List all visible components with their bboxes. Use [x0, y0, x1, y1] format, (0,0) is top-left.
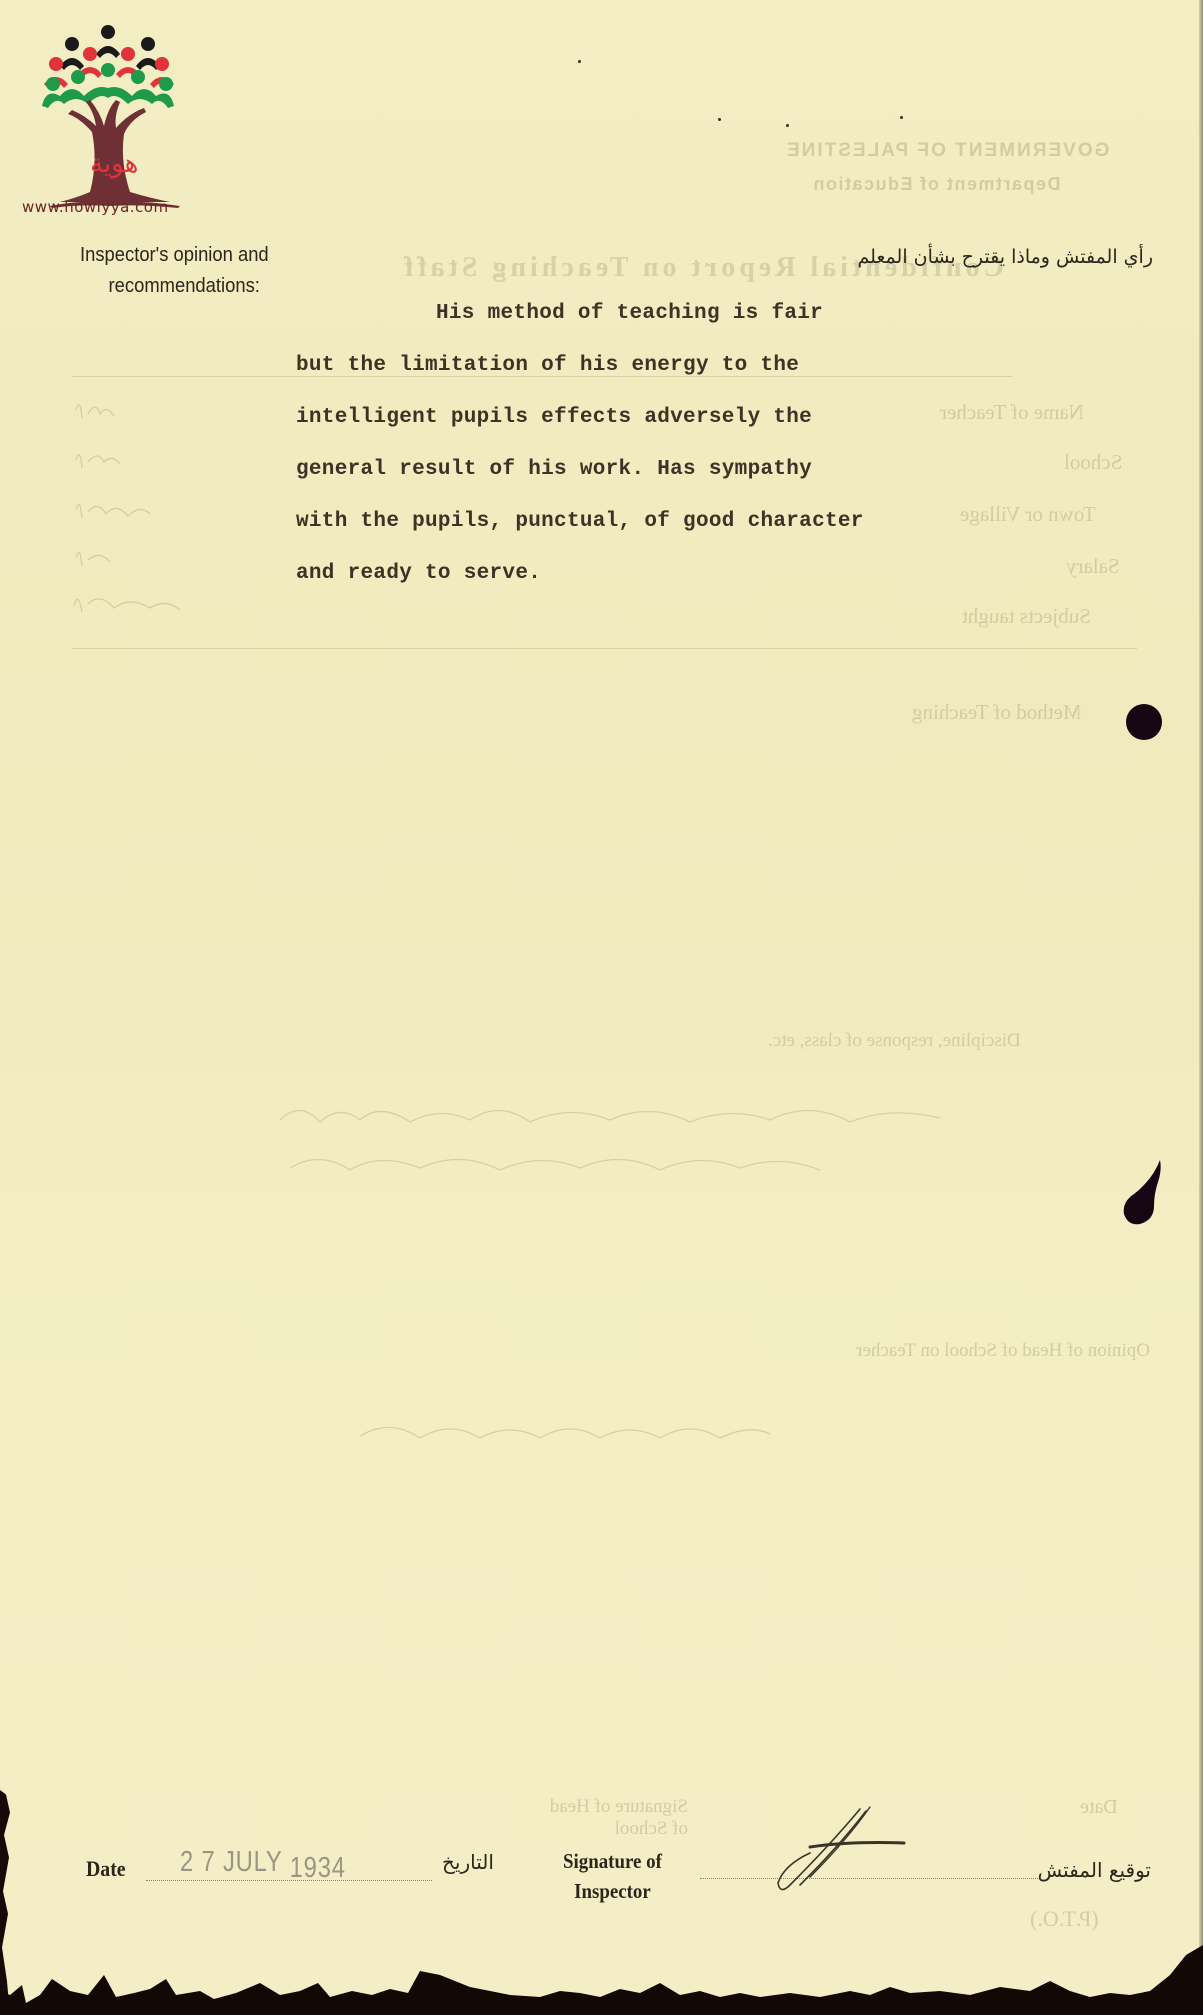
- label-line-2: recommendations:: [80, 271, 269, 302]
- speck: [786, 124, 789, 127]
- bleed-field-subjects: Subjects taught: [962, 604, 1091, 629]
- howiyya-tree-logo-icon: هوية: [20, 22, 210, 222]
- date-stamp: 2 7 JULY 1934: [180, 1846, 346, 1879]
- typed-line: His method of teaching is fair: [296, 288, 864, 340]
- typed-line: intelligent pupils effects adversely the: [296, 392, 864, 444]
- torn-edge-bottom: [0, 1935, 1203, 2015]
- handwritten-signature: [770, 1805, 920, 1895]
- bleed-header-line2: Department of Education: [812, 174, 1061, 195]
- bleed-field-date: Date: [1080, 1796, 1118, 1819]
- page-edge-right: [1199, 0, 1203, 2015]
- speck: [900, 116, 903, 119]
- signature-label-arabic: توقيع المفتش: [1038, 1858, 1151, 1882]
- bleed-field-pto: (P.T.O.): [1030, 1906, 1099, 1932]
- bleed-rule: [72, 648, 1137, 649]
- bleed-handwriting-middle: [280, 1090, 980, 1200]
- typed-line: general result of his work. Has sympathy: [296, 444, 864, 496]
- date-stamp-day-month: 2 7 JULY: [180, 1846, 282, 1878]
- signature-label: Signature of Inspector: [563, 1846, 662, 1906]
- bleed-field-opinion-head: Opinion of Head of School on Teacher: [830, 1340, 1150, 1362]
- bleed-field-discipline: Discipline, response of class, etc.: [768, 1030, 1021, 1052]
- bleed-field-town: Town or Village: [960, 502, 1096, 527]
- date-label-arabic: التاريخ: [442, 1850, 494, 1874]
- watermark-url: www.howiyya.com: [22, 198, 169, 216]
- bleed-handwriting-lower: [360, 1410, 780, 1460]
- signature-label-line2: Inspector: [563, 1876, 662, 1906]
- signature-label-line1: Signature of: [563, 1846, 662, 1876]
- bleed-field-signature-head: Signature of Head of School: [538, 1796, 688, 1840]
- bleed-field-name: Name of Teacher: [940, 400, 1084, 425]
- typed-line: with the pupils, punctual, of good chara…: [296, 496, 864, 548]
- bleed-field-school: School: [1064, 450, 1122, 475]
- ink-drip-icon: [1120, 1158, 1164, 1226]
- bleed-header-line1: GOVERNMENT OF PALESTINE: [785, 140, 1109, 162]
- ink-blot-icon: [1126, 704, 1162, 740]
- bleed-field-salary: Salary: [1066, 554, 1120, 579]
- inspector-opinion-label: Inspector's opinion and recommendations:: [80, 240, 269, 302]
- inspector-opinion-label-arabic: رأي المفتش وماذا يقترح بشأن المعلم: [857, 246, 1153, 268]
- typed-opinion: His method of teaching is fair but the l…: [296, 288, 864, 600]
- date-stamp-year: 1934: [290, 1852, 346, 1884]
- typed-line: and ready to serve.: [296, 548, 864, 600]
- label-line-1: Inspector's opinion and: [80, 240, 269, 271]
- speck: [578, 60, 581, 63]
- typed-line: but the limitation of his energy to the: [296, 340, 864, 392]
- logo-arabic-mark: هوية: [90, 149, 138, 179]
- bleed-handwriting: [70, 390, 270, 640]
- speck: [718, 118, 721, 121]
- bleed-field-method: Method of Teaching: [912, 700, 1082, 725]
- date-label: Date: [86, 1856, 126, 1882]
